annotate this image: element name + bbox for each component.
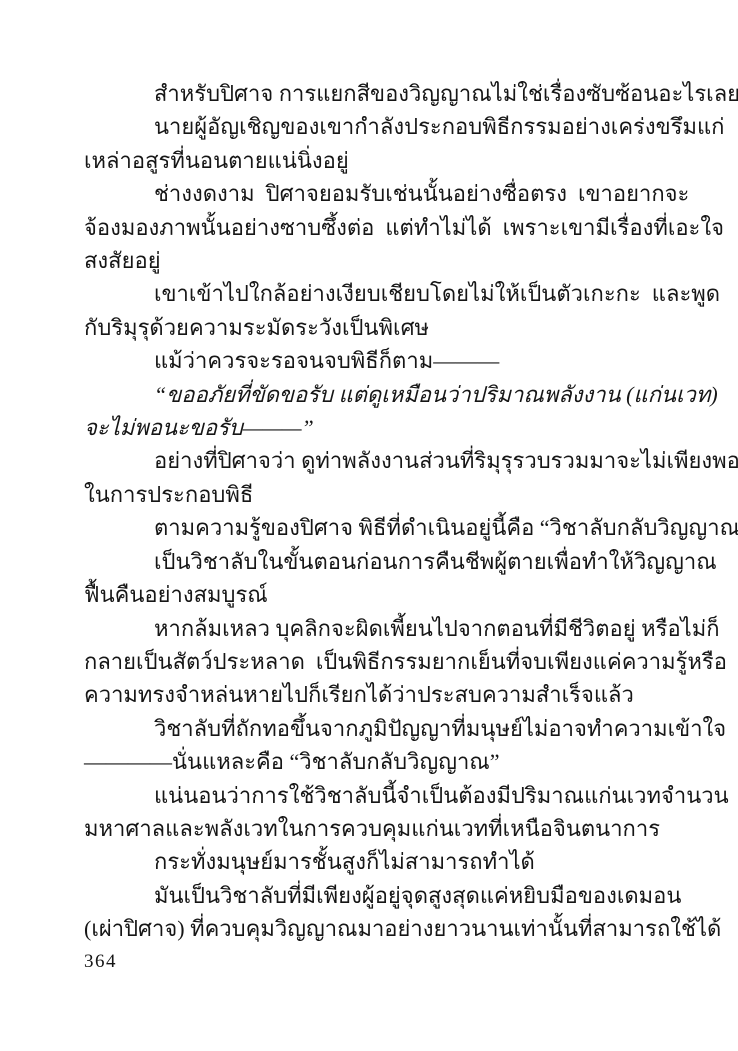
text-line: แม้ว่าควรจะรอจนจบพิธีก็ตาม——— — [84, 344, 674, 377]
text-line: นายผู้อัญเชิญของเขากำลังประกอบพิธีกรรมอย… — [84, 110, 674, 143]
text-line: กับริมุรุด้วยความระมัดระวังเป็นพิเศษ — [84, 311, 674, 344]
text-line: สงสัยอยู่ — [84, 244, 674, 277]
text-line: ช่างงดงาม ปิศาจยอมรับเช่นนั้นอย่างซื่อตร… — [84, 177, 674, 210]
page-number: 364 — [84, 947, 117, 977]
text-line: หากล้มเหลว บุคลิกจะผิดเพี้ยนไปจากตอนที่ม… — [84, 612, 674, 645]
text-line: “ขออภัยที่ขัดขอรับ แต่ดูเหมือนว่าปริมาณพ… — [84, 378, 674, 411]
text-line: กระทั่งมนุษย์มารชั้นสูงก็ไม่สามารถทำได้ — [84, 845, 674, 878]
text-line: อย่างที่ปิศาจว่า ดูท่าพลังงานส่วนที่ริมุ… — [84, 444, 674, 477]
text-line: มันเป็นวิชาลับที่มีเพียงผู้อยู่จุดสูงสุด… — [84, 879, 674, 912]
text-line: ความทรงจำหล่นหายไปก็เรียกได้ว่าประสบความ… — [84, 678, 674, 711]
text-line: กลายเป็นสัตว์ประหลาด เป็นพิธีกรรมยากเย็น… — [84, 645, 674, 678]
text-line: เขาเข้าไปใกล้อย่างเงียบเชียบโดยไม่ให้เป็… — [84, 277, 674, 310]
text-line: เป็นวิชาลับในขั้นตอนก่อนการคืนชีพผู้ตายเ… — [84, 545, 674, 578]
text-line: ฟื้นคืนอย่างสมบูรณ์ — [84, 578, 674, 611]
text-line: วิชาลับที่ถักทอขึ้นจากภูมิปัญญาที่มนุษย์… — [84, 712, 674, 745]
text-line: (เผ่าปิศาจ) ที่ควบคุมวิญญาณมาอย่างยาวนาน… — [84, 912, 674, 945]
book-page: สำหรับปิศาจ การแยกสีของวิญญาณไม่ใช่เรื่อ… — [0, 0, 738, 1051]
text-line: ————นั่นแหละคือ “วิชาลับกลับวิญญาณ” — [84, 745, 674, 778]
text-line: จ้องมองภาพนั้นอย่างซาบซึ้งต่อ แต่ทำไม่ได… — [84, 211, 674, 244]
text-line: เหล่าอสูรที่นอนตายแน่นิ่งอยู่ — [84, 144, 674, 177]
text-line: มหาศาลและพลังเวทในการควบคุมแก่นเวทที่เหน… — [84, 812, 674, 845]
text-line: ตามความรู้ของปิศาจ พิธีที่ดำเนินอยู่นี้ค… — [84, 511, 674, 544]
text-line: ในการประกอบพิธี — [84, 478, 674, 511]
text-line: จะไม่พอนะขอรับ———” — [84, 411, 674, 444]
text-block: สำหรับปิศาจ การแยกสีของวิญญาณไม่ใช่เรื่อ… — [84, 77, 674, 946]
text-line: สำหรับปิศาจ การแยกสีของวิญญาณไม่ใช่เรื่อ… — [84, 77, 674, 110]
text-line: แน่นอนว่าการใช้วิชาลับนี้จำเป็นต้องมีปริ… — [84, 779, 674, 812]
